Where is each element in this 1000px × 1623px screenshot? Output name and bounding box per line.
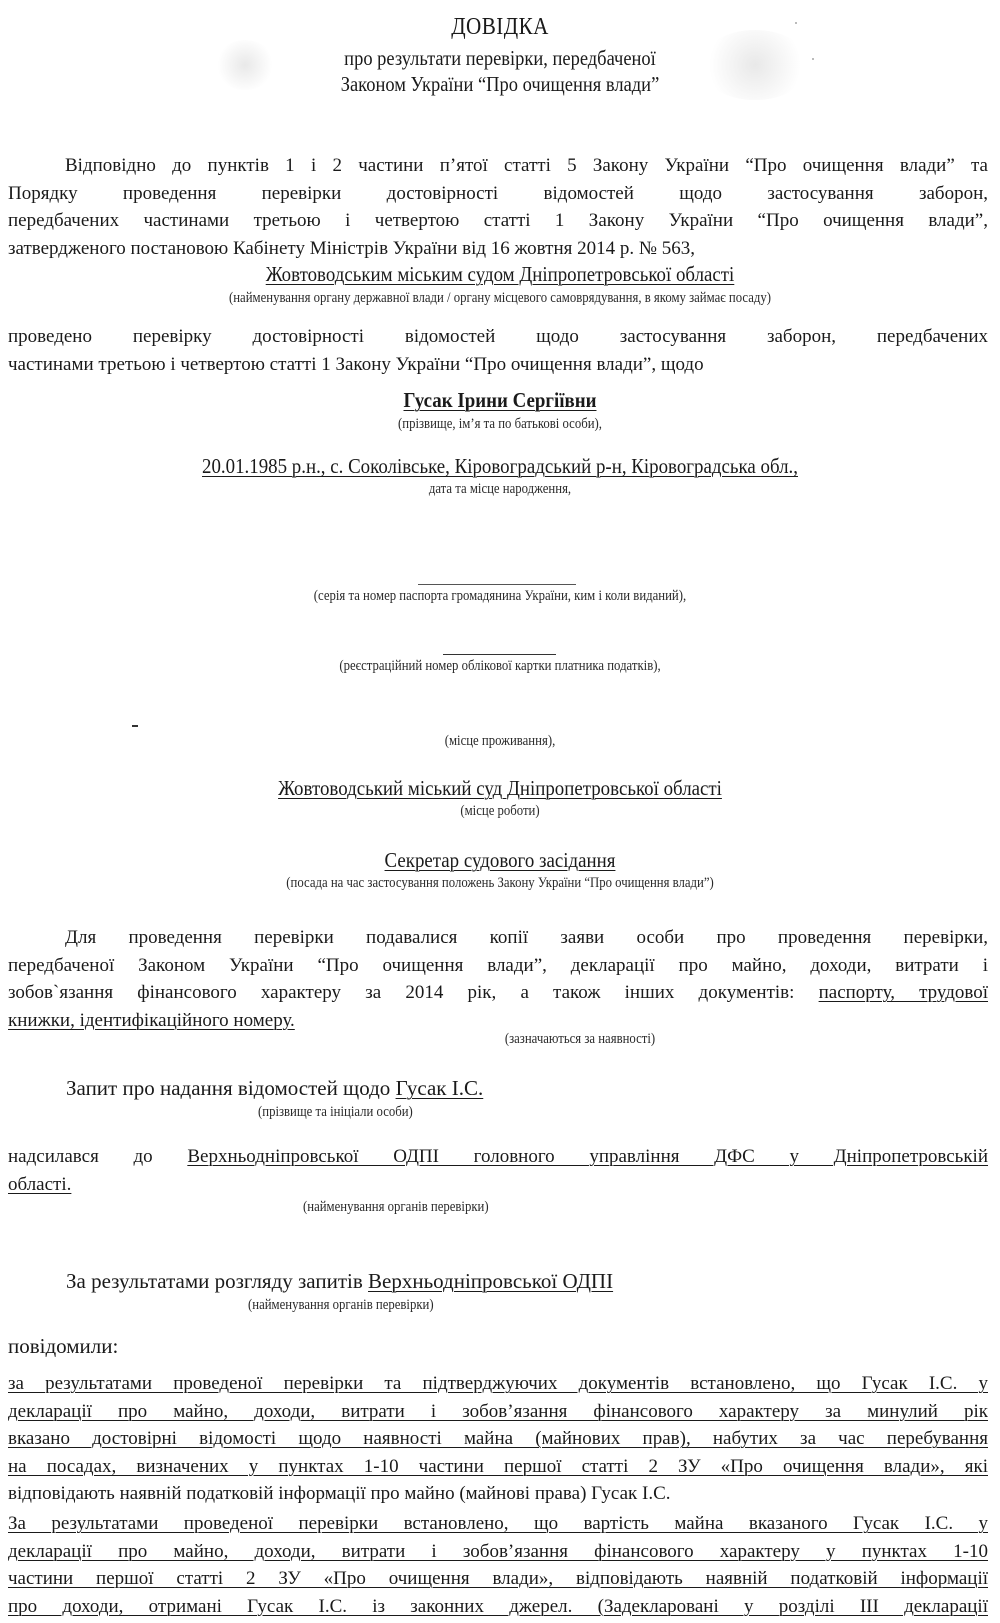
results-authority-caption: (найменування органів перевірки) <box>248 1297 434 1314</box>
request-subject-caption: (прізвище та ініціали особи) <box>258 1104 413 1121</box>
finding-2-line: За результатами проведеної перевірки вст… <box>8 1510 988 1538</box>
tax-id-redacted <box>443 654 556 655</box>
documents-paragraph: Для проведення перевірки подавалися копі… <box>8 924 988 1034</box>
recipient-paragraph: надсилався до Верхньодніпровської ОДПІ г… <box>8 1143 988 1198</box>
passport-redacted <box>418 584 576 585</box>
workplace-caption: (місце роботи) <box>75 803 925 820</box>
documents-line: Для проведення перевірки подавалися копі… <box>8 924 988 952</box>
intro-line: Відповідно до пунктів 1 і 2 частини п’ят… <box>8 152 988 180</box>
person-name-caption: (прізвище, ім’я та по батькові особи), <box>75 416 925 433</box>
document-title: ДОВІДКА <box>60 14 940 41</box>
finding-1-line: вказано достовірні відомості щодо наявно… <box>8 1425 988 1453</box>
document-subtitle-line-1: про результати перевірки, передбаченої <box>60 46 940 71</box>
position-title: Секретар судового засідання <box>50 848 950 873</box>
intro-line: Порядку проведення перевірки достовірнос… <box>8 180 988 208</box>
documents-line: зобов`язання фінансового характеру за 20… <box>8 979 988 1007</box>
results-authority: Верхньодніпровської ОДПІ <box>368 1269 613 1293</box>
authority-caption: (найменування органу державної влади / о… <box>75 290 925 307</box>
finding-2-line: про доходи, отримані Гусак І.С. із закон… <box>8 1593 988 1621</box>
documents-list-part-1: паспорту, трудової <box>819 982 988 1003</box>
finding-1-line: відповідають наявній податковій інформац… <box>8 1480 988 1508</box>
birth-caption: дата та місце народження, <box>75 481 925 498</box>
intro-paragraph: Відповідно до пунктів 1 і 2 частини п’ят… <box>8 152 988 262</box>
birth-date-place: 20.01.1985 р.н., с. Соколівське, Кіровог… <box>50 454 950 479</box>
document-subtitle-line-2: Законом України “Про очищення влади” <box>60 72 940 97</box>
request-line: Запит про надання відомостей щодо Гусак … <box>66 1075 966 1103</box>
intro-line: затвердженого постановою Кабінету Мініст… <box>8 235 988 263</box>
documents-list-part-2: книжки, ідентифікаційного номеру. <box>8 1007 988 1035</box>
finding-2-paragraph: За результатами проведеної перевірки вст… <box>8 1510 988 1620</box>
results-line: За результатами розгляду запитів Верхньо… <box>66 1268 966 1296</box>
recipient-name-cont: області. <box>8 1171 988 1199</box>
person-full-name: Гусак Ірини Сергіївни <box>50 388 950 413</box>
finding-2-line: частини першої статті 2 ЗУ «Про очищення… <box>8 1565 988 1593</box>
document-page: ДОВІДКА про результати перевірки, передб… <box>0 0 1000 1623</box>
reported-label: повідомили: <box>8 1333 988 1361</box>
request-subject: Гусак І.С. <box>396 1076 484 1100</box>
check-line: проведено перевірку достовірності відомо… <box>8 323 988 351</box>
finding-1-paragraph: за результатами проведеної перевірки та … <box>8 1370 988 1508</box>
finding-1-line: за результатами проведеної перевірки та … <box>8 1370 988 1398</box>
check-paragraph: проведено перевірку достовірності відомо… <box>8 323 988 378</box>
documents-line: передбаченої Законом України “Про очищен… <box>8 952 988 980</box>
passport-caption: (серія та номер паспорта громадянина Укр… <box>75 588 925 605</box>
documents-caption: (зазначаються за наявності) <box>155 1031 1000 1048</box>
finding-1-line: на посадах, визначених у пунктах 1-10 ча… <box>8 1453 988 1481</box>
authority-name: Жовтоводським міським судом Дніпропетров… <box>50 262 950 287</box>
residence-redacted-mark <box>132 725 138 727</box>
tax-id-caption: (реєстраційний номер облікової картки пл… <box>75 658 925 675</box>
finding-2-line: декларації про майно, доходи, витрати і … <box>8 1538 988 1566</box>
residence-caption: (місце проживання), <box>75 733 925 750</box>
workplace-name: Жовтоводський міський суд Дніпропетровсь… <box>50 776 950 801</box>
recipient-name: Верхньодніпровської ОДПІ головного управ… <box>187 1146 988 1167</box>
check-line: частинами третьою і четвертою статті 1 З… <box>8 351 988 379</box>
position-caption: (посада на час застосування положень Зак… <box>75 875 925 892</box>
intro-line: передбачених частинами третьою і четверт… <box>8 207 988 235</box>
finding-1-line: декларації про майно, доходи, витрати і … <box>8 1398 988 1426</box>
recipient-caption: (найменування органів перевірки) <box>303 1199 489 1216</box>
